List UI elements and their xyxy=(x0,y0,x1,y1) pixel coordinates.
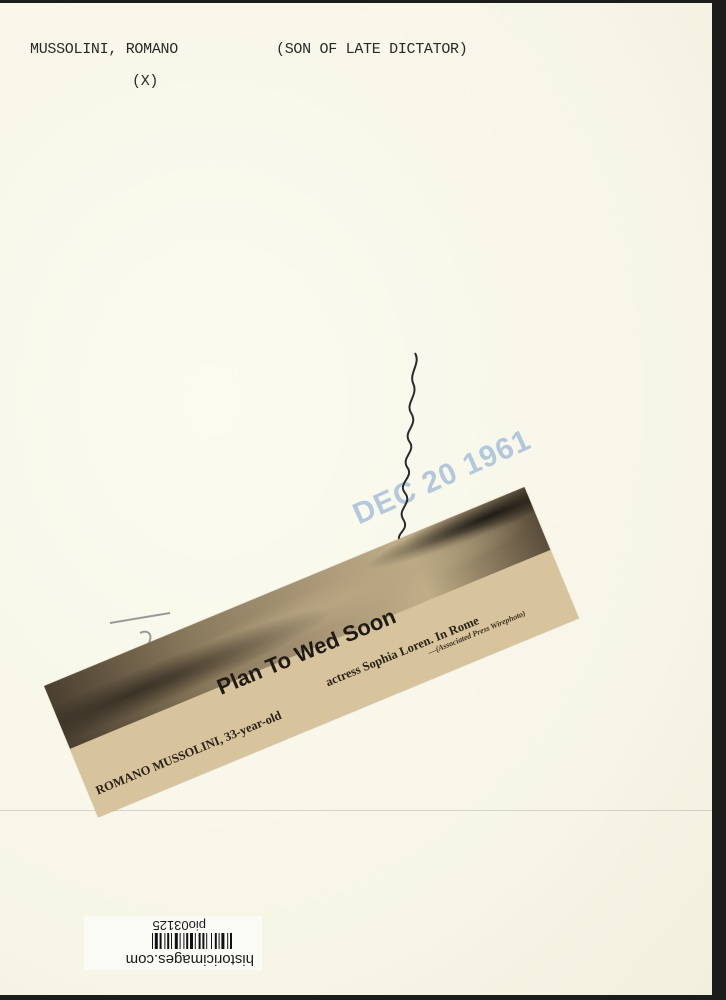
archive-photo-back: MUSSOLINI, ROMANO (SON OF LATE DICTATOR)… xyxy=(0,3,712,995)
label-id: pio03125 xyxy=(153,918,207,933)
newspaper-clipping: Plan To Wed Soon ROMANO MUSSOLINI, 33-ye… xyxy=(44,487,579,817)
barcode-icon xyxy=(112,933,232,949)
subject-name: MUSSOLINI, ROMANO xyxy=(30,41,178,58)
label-site: historicimages.com xyxy=(126,951,254,968)
subject-description: (SON OF LATE DICTATOR) xyxy=(276,41,467,58)
marker-x: (X) xyxy=(132,73,158,90)
barcode-label: historicimages.com pio03125 xyxy=(84,916,262,970)
